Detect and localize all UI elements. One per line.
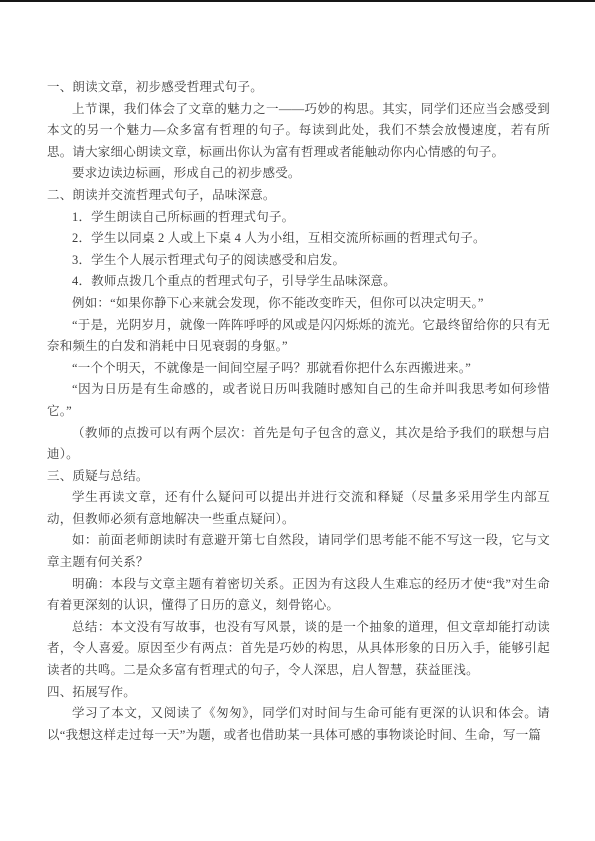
paragraph: “于是，光阴岁月，就像一阵阵呼呼的风或是闪闪烁烁的流光。它最终留给你的只有无奈和… [47,315,550,358]
paragraph: （教师的点拨可以有两个层次：首先是句子包含的意义，其次是给予我们的联想与启迪）。 [47,423,550,466]
paragraph: 要求边读边标画，形成自己的初步感受。 [47,163,550,185]
paragraph: 如：前面老师朗读时有意避开第七自然段，请同学们思考能不能不写这一段，它与文章主题… [47,530,550,573]
section-heading: 二、朗读并交流哲理式句子，品味深意。 [47,185,550,207]
paragraph: “一个个明天，不就像是一间间空屋子吗？那就看你把什么东西搬进来。” [47,358,550,380]
paragraph: 学习了本文，又阅读了《匆匆》，同学们对时间与生命可能有更深的认识和体会。请以“我… [47,703,550,746]
paragraph: 例如：“如果你静下心来就会发现，你不能改变昨天，但你可以决定明天。” [47,293,550,315]
paragraph: 明确：本段与文章主题有着密切关系。正因为有这段人生难忘的经历才使“我”对生命有着… [47,574,550,617]
section-heading: 三、质疑与总结。 [47,466,550,488]
paragraph: 上节课，我们体会了文章的魅力之一——巧妙的构思。其实，同学们还应当会感受到本文的… [47,99,550,164]
paragraph: “因为日历是有生命感的，或者说日历叫我随时感知自己的生命并叫我思考如何珍惜它。” [47,379,550,422]
paragraph: 1．学生朗读自己所标画的哲理式句子。 [47,207,550,229]
paragraph: 3．学生个人展示哲理式句子的阅读感受和启发。 [47,250,550,272]
section-heading: 四、拓展写作。 [47,682,550,704]
paragraph: 2．学生以同桌 2 人或上下桌 4 人为小组，互相交流所标画的哲理式句子。 [47,228,550,250]
page-top-edge [0,0,595,2]
document-page: 一、朗读文章，初步感受哲理式句子。上节课，我们体会了文章的魅力之一——巧妙的构思… [0,0,595,841]
paragraph: 总结：本文没有写故事，也没有写风景，谈的是一个抽象的道理，但文章却能打动读者，令… [47,617,550,682]
paragraph: 学生再读文章，还有什么疑问可以提出并进行交流和释疑（尽量多采用学生内部互动，但教… [47,487,550,530]
paragraph: 4．教师点拨几个重点的哲理式句子，引导学生品味深意。 [47,271,550,293]
document-body: 一、朗读文章，初步感受哲理式句子。上节课，我们体会了文章的魅力之一——巧妙的构思… [47,77,550,746]
section-heading: 一、朗读文章，初步感受哲理式句子。 [47,77,550,99]
